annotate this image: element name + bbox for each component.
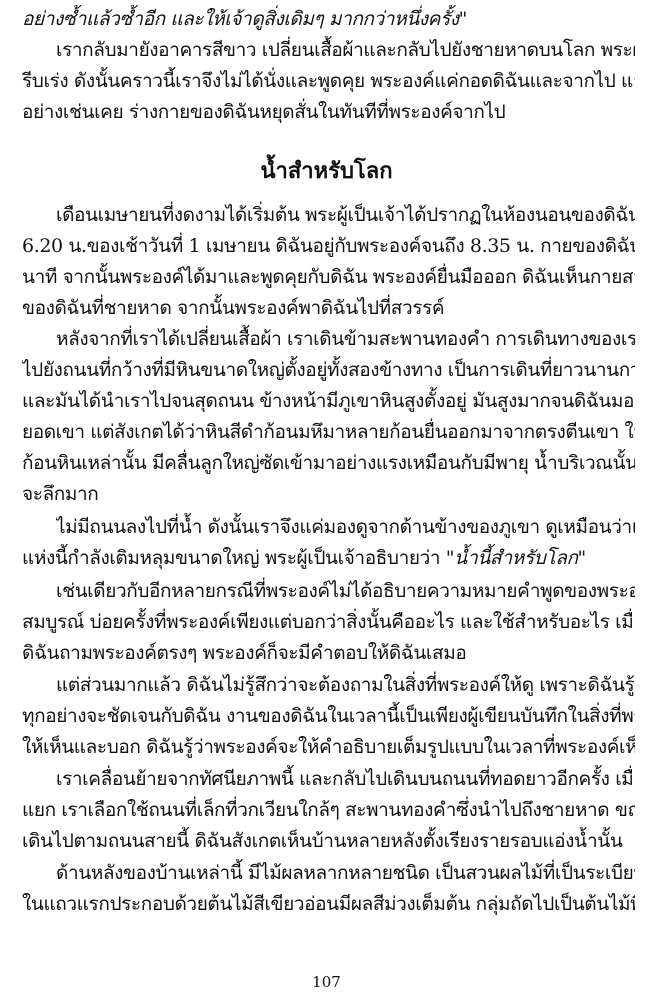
paragraph-line: และมันได้นำเราไปจนสุดถนน ข้างหน้ามีภูเขา… <box>22 386 635 416</box>
line-text: แห่งนี้กำลังเติมหลุมขนาดใหญ่ พระผู้เป็นเ… <box>22 547 446 569</box>
paragraph-line: ก้อนหินเหล่านั้น มีคลื่นลูกใหญ่ซัดเข้ามา… <box>22 448 635 478</box>
paragraph-line: เดินไปตามถนนสายนี้ ดิฉันสังเกตเห็นบ้านหล… <box>22 826 635 856</box>
paragraph-line: ไปยังถนนที่กว้างที่มีหินขนาดใหญ่ตั้งอยู่… <box>22 355 635 385</box>
paragraph-line: ไม่มีถนนลงไปที่น้ำ ดังนั้นเราจึงแค่มองดู… <box>56 512 635 542</box>
text-line-quote-end: อย่างซ้ำแล้วซ้ำอีก และให้เจ้าดูสิ่งเดิมๆ… <box>22 4 635 34</box>
paragraph-line: ให้เห็นและบอก ดิฉันรู้ว่าพระองค์จะให้คำอ… <box>22 732 635 762</box>
paragraph-line: ทุกอย่างจะชัดเจนกับดิฉัน งานของดิฉันในเว… <box>22 701 635 731</box>
paragraph-line: แห่งนี้กำลังเติมหลุมขนาดใหญ่ พระผู้เป็นเ… <box>22 543 635 573</box>
paragraph-line: 6.20 น.ของเช้าวันที่ 1 เมษายน ดิฉันอยู่ก… <box>22 231 635 261</box>
paragraph-line: หลังจากที่เราได้เปลี่ยนเสื้อผ้า เราเดินข… <box>56 324 635 354</box>
paragraph-line: เรากลับมายังอาคารสีขาว เปลี่ยนเสื้อผ้าแล… <box>56 35 635 65</box>
section-title: น้ำสำหรับโลก <box>0 156 653 188</box>
paragraph-line: แต่ส่วนมากแล้ว ดิฉันไม่รู้สึกว่าจะต้องถา… <box>56 670 635 700</box>
book-page: อย่างซ้ำแล้วซ้ำอีก และให้เจ้าดูสิ่งเดิมๆ… <box>0 0 653 1000</box>
paragraph-line: ของดิฉันที่ชายหาด จากนั้นพระองค์พาดิฉันไ… <box>22 293 635 323</box>
paragraph-line: เช่นเดียวกับอีกหลายกรณีที่พระองค์ไม่ได้อ… <box>56 576 635 606</box>
paragraph-line: จะลึกมาก <box>22 479 635 509</box>
paragraph-line: สมบูรณ์ บ่อยครั้งที่พระองค์เพียงแต่บอกว่… <box>22 607 635 637</box>
paragraph-line: เราเคลื่อนย้ายจากทัศนียภาพนี้ และกลับไปเ… <box>56 764 635 794</box>
quoted-speech: "น้ำนี้สำหรับโลก" <box>446 547 586 569</box>
paragraph-line: เดือนเมษายนที่งดงามได้เริ่มต้น พระผู้เป็… <box>56 200 635 230</box>
paragraph-line: ยอดเขา แต่สังเกตได้ว่าหินสีดำก้อนมหึมาหล… <box>22 417 635 447</box>
page-number: 107 <box>0 972 653 992</box>
paragraph-line: ดิฉันถามพระองค์ตรงๆ พระองค์ก็จะมีคำตอบให… <box>22 638 635 668</box>
paragraph-line: อย่างเช่นเคย ร่างกายของดิฉันหยุดสั่นในทั… <box>22 97 635 127</box>
paragraph-line: รีบเร่ง ดังนั้นคราวนี้เราจึงไม่ได้นั่งแล… <box>22 66 635 96</box>
paragraph-line: แยก เราเลือกใช้ถนนที่เล็กที่วกเวียนใกล้ๆ… <box>22 795 635 825</box>
paragraph-line: นาที จากนั้นพระองค์ได้มาและพูดคุยกับดิฉั… <box>22 262 635 292</box>
paragraph-line: ด้านหลังของบ้านเหล่านี้ มีไม้ผลหลากหลายช… <box>56 858 635 888</box>
paragraph-line: ในแถวแรกประกอบด้วยต้นไม้สีเขียวอ่อนมีผลส… <box>22 889 635 919</box>
